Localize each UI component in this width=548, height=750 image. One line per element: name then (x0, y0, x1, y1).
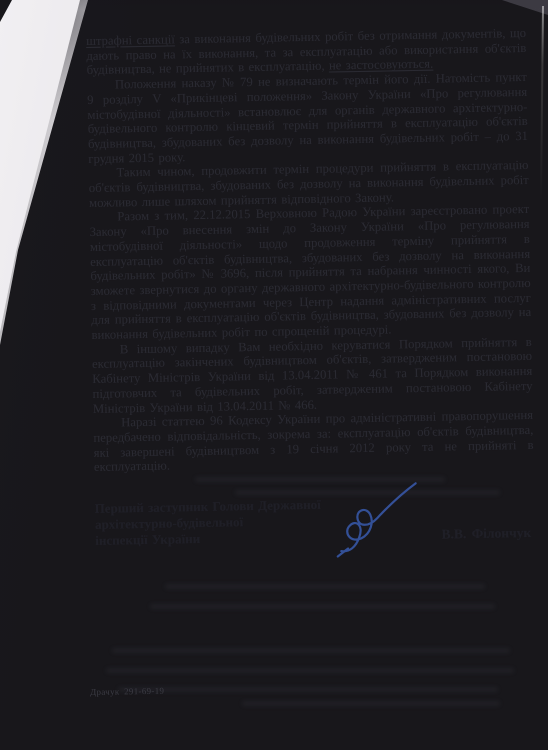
signer-name: В.В. Філончук (441, 526, 531, 542)
paragraph-2: Положення наказу № 79 не визначають терм… (87, 70, 529, 166)
letter-body: штрафні санкції за виконання будівельних… (86, 26, 538, 700)
signature-block: Перший заступник Голови Державної архіте… (95, 493, 536, 557)
underlined-phrase-start: штрафні санкції (86, 32, 175, 48)
ghost-text-line (242, 701, 500, 706)
underlined-phrase-end: не застосовуються. (329, 57, 434, 73)
signature-ink (330, 480, 429, 568)
paragraph-6: Наразі статтею 96 Кодексу України про ад… (93, 408, 534, 475)
paragraph-5: В іншому випадку Вам необхідно керуватис… (92, 335, 533, 417)
photo-background: штрафні санкції за виконання будівельних… (0, 0, 548, 750)
paragraph-4: Разом з тим, 22.12.2015 Верховною Радою … (89, 202, 531, 342)
